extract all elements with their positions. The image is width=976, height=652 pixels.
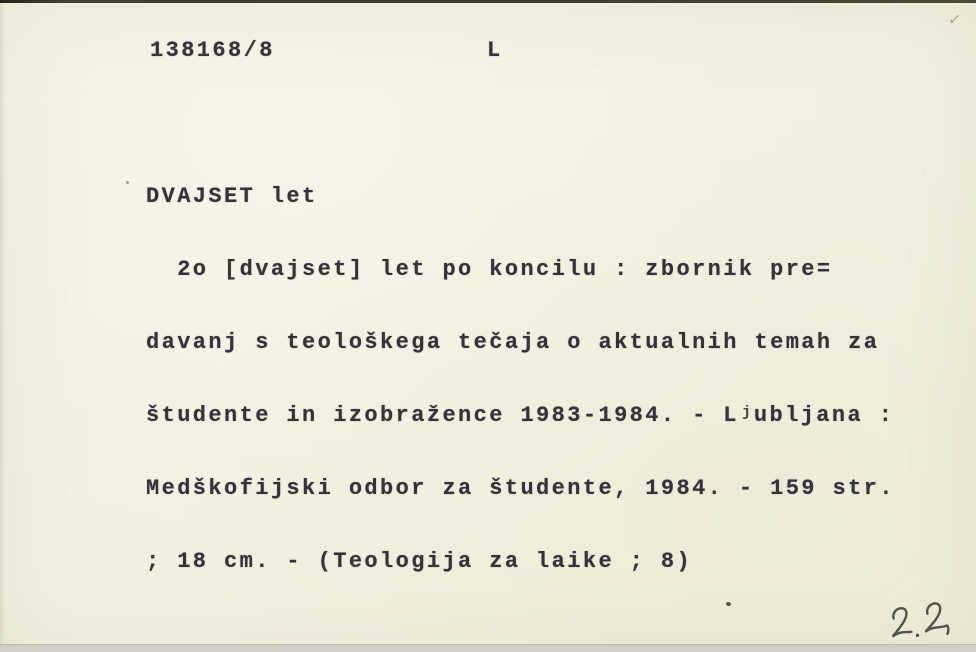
- entry-heading: DVAJSET let: [146, 185, 895, 208]
- entry-line: davanj s teološkega tečaja o aktualnih t…: [146, 331, 895, 354]
- card-header: 138168/8 L: [0, 38, 976, 62]
- call-number: 138168/8: [150, 38, 275, 63]
- overstrike-j-mark: j: [739, 401, 754, 424]
- entry-line: ; 18 cm. - (Teologija za laike ; 8): [146, 550, 895, 573]
- section-letter: L: [487, 38, 503, 63]
- entry-line-part: študente in izobražence 1983-1984. - L: [146, 403, 739, 428]
- entry-line: Medškofijski odbor za študente, 1984. - …: [146, 477, 895, 500]
- scan-top-edge: [0, 0, 976, 3]
- entry-line: 2o [dvajset] let po koncilu : zbornik pr…: [146, 258, 895, 281]
- margin-dot-mark: [126, 181, 129, 184]
- bibliographic-entry: DVAJSET let 2o [dvajset] let po koncilu …: [146, 135, 895, 623]
- scan-bottom-edge: [0, 644, 976, 652]
- catalog-card-scan: 138168/8 L DVAJSET let 2o [dvajset] let …: [0, 0, 976, 652]
- entry-line: študente in izobražence 1983-1984. - Lju…: [146, 404, 895, 427]
- pencil-checkmark: ✓: [947, 9, 962, 29]
- handwritten-annotation: [887, 599, 961, 651]
- entry-line-part: ubljana :: [754, 403, 894, 428]
